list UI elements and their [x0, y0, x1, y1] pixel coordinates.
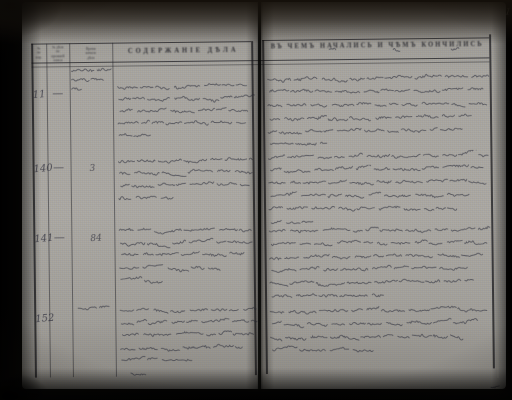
handwriting-line [269, 331, 468, 343]
handwriting-line [269, 304, 492, 318]
handwriting-line [117, 155, 254, 167]
handwriting-line [269, 250, 484, 264]
book-fold-line [258, 2, 261, 392]
handwriting-line [119, 262, 222, 273]
handwriting-line [268, 176, 487, 189]
handwriting-line [267, 124, 466, 137]
right-page-number: 11 [504, 7, 512, 18]
handwriting-line [118, 93, 255, 104]
handwriting-line [120, 179, 251, 191]
ditto-dash [54, 167, 64, 168]
ledger-table: СОДЕРЖАНІЕ ДѢЛА ВЪ ЧЕМЪ НАЧАЛИСЬ И ЧѢМЪ … [20, 0, 508, 392]
ditto-dash [53, 93, 63, 94]
handwriting-line [117, 118, 250, 130]
left-page-number: 16 [49, 7, 58, 15]
handwriting-line [77, 303, 112, 314]
handwriting-line [118, 131, 151, 141]
row-number: 11 [32, 89, 46, 101]
handwriting-line [121, 355, 196, 366]
row-number: 141 [34, 233, 54, 246]
handwriting-line [272, 345, 375, 356]
table-border-right [489, 34, 495, 368]
narrow-column-header: №попор. [31, 46, 46, 59]
handwriting-line [270, 238, 489, 249]
handwriting-line [268, 203, 457, 214]
handwriting-line [269, 86, 486, 98]
handwriting-line [118, 225, 255, 236]
row-number: 152 [35, 313, 55, 326]
handwriting-line [271, 317, 484, 330]
handwriting-line [270, 163, 485, 176]
handwriting-line [119, 168, 254, 179]
scanned-ledger-photo: СОДЕРЖАНІЕ ДѢЛА ВЪ ЧЕМЪ НАЧАЛИСЬ И ЧѢМЪ … [0, 0, 512, 400]
handwriting-line [120, 317, 257, 329]
handwriting-line [328, 45, 337, 55]
handwriting-line [71, 84, 84, 94]
handwriting-line [267, 150, 490, 164]
column-rule [46, 43, 51, 377]
narrow-column-header: № дѣлапопрежнейописи [46, 45, 69, 62]
handwriting-line [490, 382, 502, 392]
handwriting-line [271, 263, 472, 276]
ditto-dash [54, 237, 64, 238]
handwriting-line [267, 72, 490, 85]
left-page-column-title: СОДЕРЖАНІЕ ДѢЛА [114, 46, 252, 56]
handwriting-line [269, 139, 327, 150]
handwriting-line [392, 45, 402, 55]
ledger-rows: 11140314184152 [20, 0, 504, 5]
page-stack-edge [497, 28, 499, 378]
narrow-column-headers: №попор.№ дѣлапопрежнейописиВремяначаладѣ… [20, 0, 504, 5]
handwriting-line [121, 330, 254, 341]
row-number: 140 [33, 163, 53, 176]
handwriting-line [269, 276, 476, 289]
book-spread: СОДЕРЖАНІЕ ДѢЛА ВЪ ЧЕМЪ НАЧАЛИСЬ И ЧѢМЪ … [22, 2, 506, 389]
handwriting-line [120, 341, 243, 353]
narrow-column-header: Времяначаладѣла [69, 47, 112, 60]
handwriting-line [270, 190, 471, 202]
handwriting-line [119, 237, 252, 250]
old-number-cell: 3 [89, 164, 95, 174]
handwriting-line [267, 99, 488, 110]
handwriting-line [119, 305, 258, 316]
handwriting-line [117, 81, 254, 93]
old-number-cell: 84 [90, 234, 102, 245]
handwriting-line [118, 193, 179, 204]
handwriting-line [119, 105, 254, 118]
handwriting-line [130, 368, 147, 378]
handwriting-line [120, 275, 163, 286]
handwriting-line [269, 111, 478, 125]
handwriting-line [271, 291, 384, 302]
handwriting-line [121, 250, 246, 262]
handwriting-line [450, 44, 459, 54]
handwriting-line [268, 225, 491, 237]
